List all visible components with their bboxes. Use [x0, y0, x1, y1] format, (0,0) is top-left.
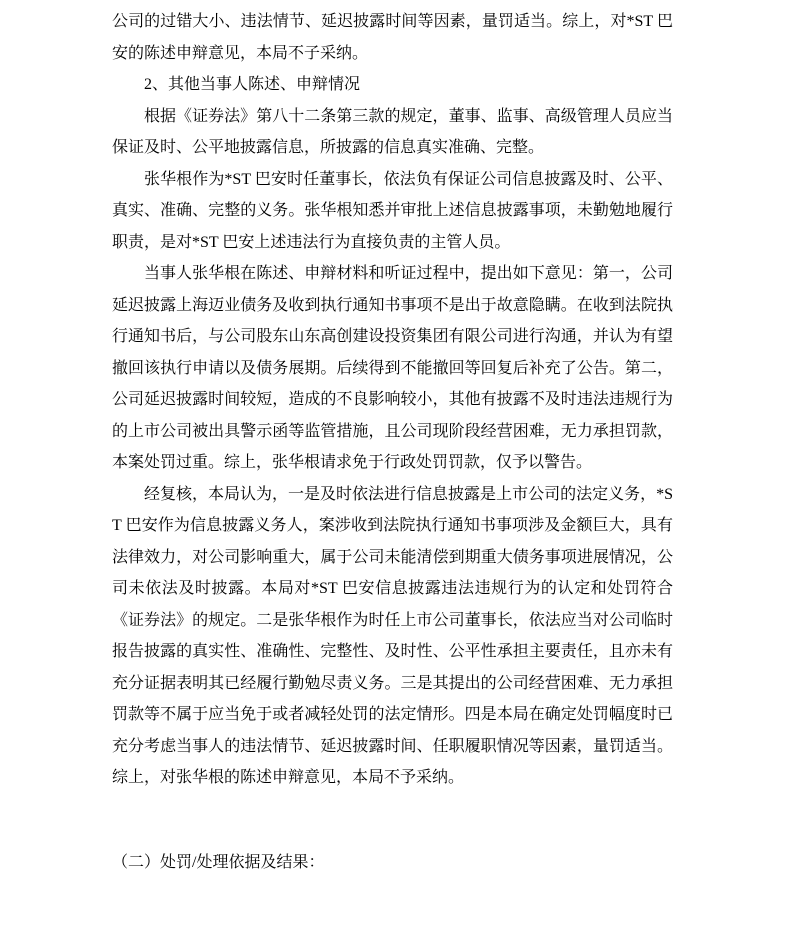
document-page: 公司的过错大小、违法情节、延迟披露时间等因素，量罚适当。综上，对*ST 巴安的陈… — [0, 0, 790, 925]
heading-penalty-basis-and-results: （二）处罚/处理依据及结果： — [112, 847, 673, 879]
paragraph-st-baan-rejection-continuation: 公司的过错大小、违法情节、延迟披露时间等因素，量罚适当。综上，对*ST 巴安的陈… — [112, 6, 673, 69]
paragraph-zhang-huagen-defense: 当事人张华根在陈述、申辩材料和听证过程中，提出如下意见：第一，公司延迟披露上海迈… — [112, 258, 673, 479]
paragraph-zhang-huagen-responsibility: 张华根作为*ST 巴安时任董事长，依法负有保证公司信息披露及时、公平、真实、准确… — [112, 164, 673, 259]
paragraph-securities-law-article-82: 根据《证券法》第八十二条第三款的规定，董事、监事、高级管理人员应当保证及时、公平… — [112, 101, 673, 164]
heading-other-parties-statement: 2、其他当事人陈述、申辩情况 — [112, 69, 673, 101]
paragraph-review-conclusion: 经复核，本局认为，一是及时依法进行信息披露是上市公司的法定义务，*ST 巴安作为… — [112, 479, 673, 794]
